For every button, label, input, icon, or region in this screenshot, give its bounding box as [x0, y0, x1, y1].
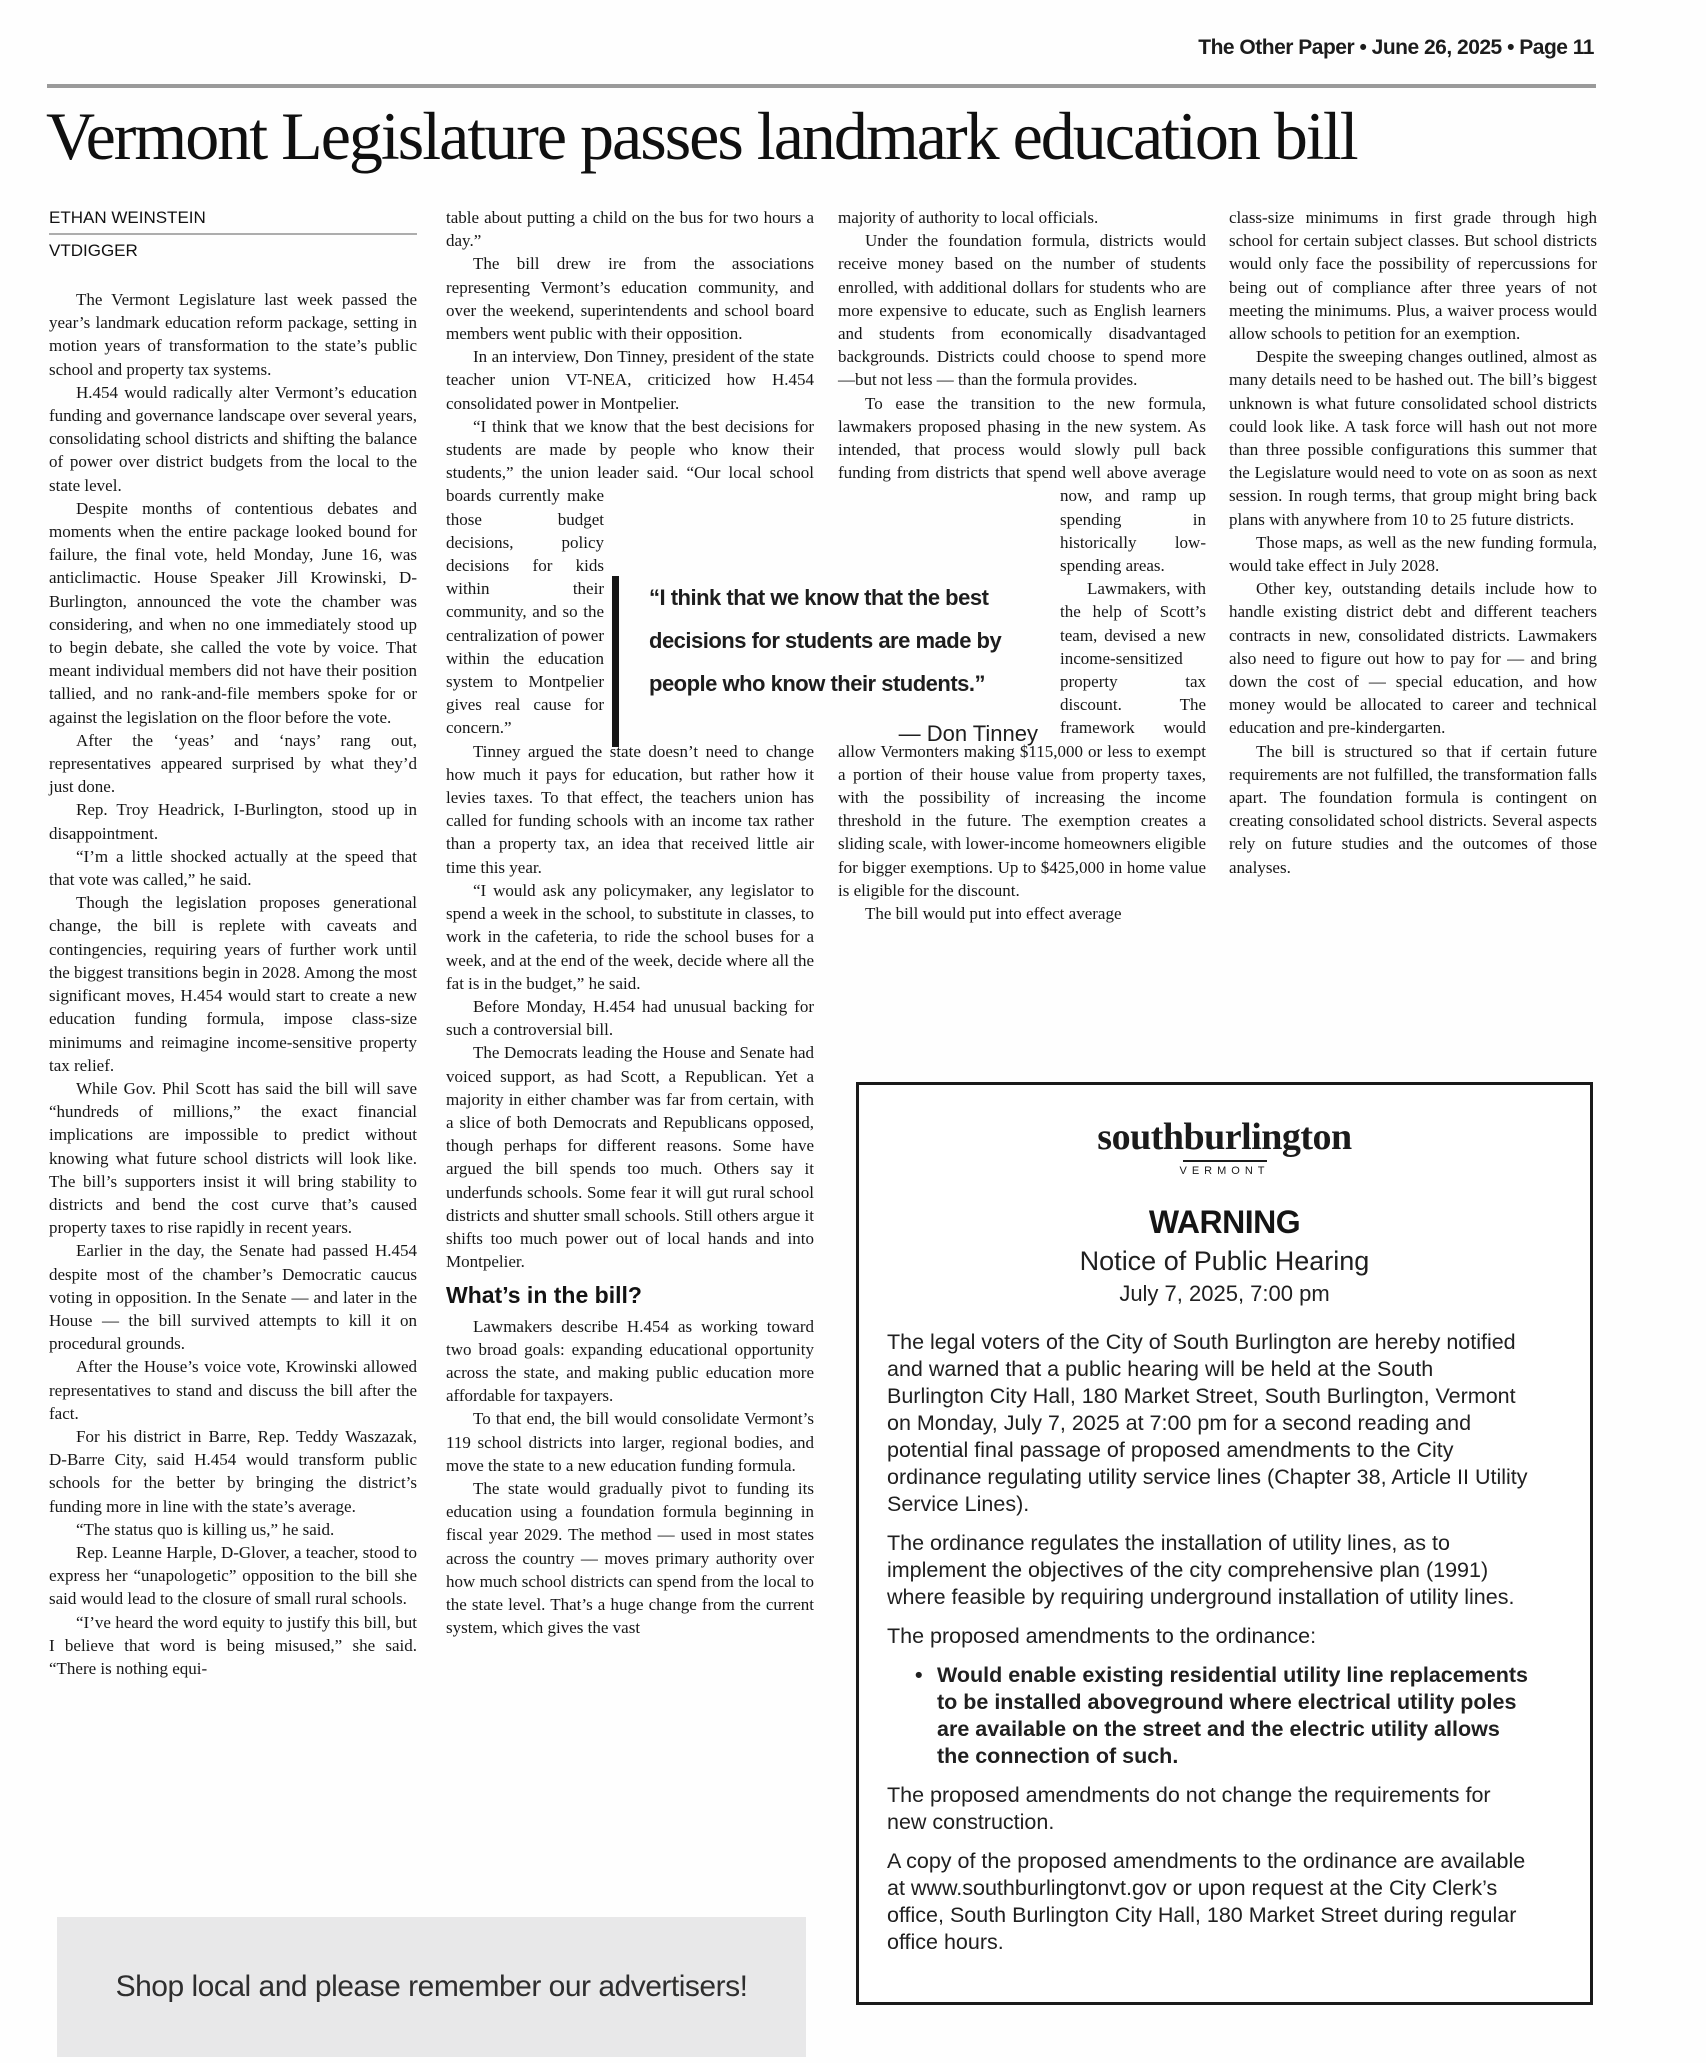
paragraph: To ease the transition to the new formul… — [838, 392, 1206, 578]
paragraph: Despite the sweeping changes outlined, a… — [1229, 345, 1597, 531]
paragraph: Those maps, as well as the new funding f… — [1229, 531, 1597, 577]
paragraph: The bill is structured so that if certai… — [1229, 740, 1597, 879]
paragraph: To that end, the bill would consolidate … — [446, 1407, 814, 1477]
paragraph: Despite months of contentious debates an… — [49, 497, 417, 729]
pull-quote: “I think that we know that the bestdecis… — [612, 576, 1048, 747]
paragraph: While Gov. Phil Scott has said the bill … — [49, 1077, 417, 1239]
paragraph: The bill drew ire from the associations … — [446, 252, 814, 345]
masthead: The Other Paper • June 26, 2025 • Page 1… — [1198, 36, 1594, 60]
paragraph: Tinney argued the state doesn’t need to … — [446, 740, 814, 879]
paragraph: table about putting a child on the bus f… — [446, 206, 814, 252]
pull-quote-line: “I think that we know that the best — [649, 576, 1048, 619]
paragraph: Rep. Troy Headrick, I-Burlington, stood … — [49, 798, 417, 844]
paragraph: “I’m a little shocked actually at the sp… — [49, 845, 417, 891]
paragraph: Would enable existing residential utilit… — [913, 1662, 1562, 1770]
paragraph: Though the legislation proposes generati… — [49, 891, 417, 1077]
paragraph: The proposed amendments do not change th… — [887, 1782, 1562, 1836]
article-column-3: majority of authority to local officials… — [838, 206, 1206, 925]
byline-source: VTDIGGER — [49, 241, 417, 261]
paragraph: In an interview, Don Tinney, president o… — [446, 345, 814, 415]
paragraph: The proposed amendments to the ordinance… — [887, 1623, 1562, 1650]
pull-quote-attribution: — Don Tinney — [649, 721, 1048, 747]
pull-quote-text: “I think that we know that the bestdecis… — [649, 576, 1048, 705]
newspaper-page: The Other Paper • June 26, 2025 • Page 1… — [0, 0, 1706, 2063]
article-column-1: The Vermont Legislature last week passed… — [49, 288, 417, 1680]
paragraph: Other key, outstanding details include h… — [1229, 577, 1597, 739]
article-column-2: table about putting a child on the bus f… — [446, 206, 814, 1639]
paragraph: Rep. Leanne Harple, D-Glover, a teacher,… — [49, 1541, 417, 1611]
paragraph: The Democrats leading the House and Sena… — [446, 1041, 814, 1273]
paragraph: A copy of the proposed amendments to the… — [887, 1848, 1562, 1956]
headline: Vermont Legislature passes landmark educ… — [46, 96, 1646, 176]
advertisers-banner-text: Shop local and please remember our adver… — [116, 1970, 748, 2004]
paragraph: After the House’s voice vote, Krowinski … — [49, 1355, 417, 1425]
notice-body: The legal voters of the City of South Bu… — [887, 1329, 1562, 1956]
paragraph: The ordinance regulates the installation… — [887, 1530, 1562, 1611]
pull-quote-line: people who know their students.” — [649, 662, 1048, 705]
paragraph: For his district in Barre, Rep. Teddy Wa… — [49, 1425, 417, 1518]
paragraph: The state would gradually pivot to fundi… — [446, 1477, 814, 1639]
section-subhead: What’s in the bill? — [446, 1284, 814, 1307]
pull-quote-line: decisions for students are made by — [649, 619, 1048, 662]
byline: ETHAN WEINSTEIN VTDIGGER — [49, 208, 417, 261]
paragraph: After the ‘yeas’ and ‘nays’ rang out, re… — [49, 729, 417, 799]
logo-rule — [1183, 1160, 1267, 1162]
article-column-4: class-size minimums in first grade throu… — [1229, 206, 1597, 879]
paragraph: The legal voters of the City of South Bu… — [887, 1329, 1562, 1518]
byline-author: ETHAN WEINSTEIN — [49, 208, 417, 228]
paragraph: H.454 would radically alter Vermont’s ed… — [49, 381, 417, 497]
warning-heading: WARNING — [887, 1205, 1562, 1239]
byline-rule — [49, 233, 417, 235]
public-hearing-notice-box: southburlington VERMONT WARNING Notice o… — [856, 1082, 1593, 2005]
logo-region-label: VERMONT — [887, 1165, 1562, 1177]
paragraph: The bill would put into effect average — [838, 902, 1206, 925]
paragraph: Under the foundation formula, districts … — [838, 229, 1206, 391]
paragraph: “The status quo is killing us,” he said. — [49, 1518, 417, 1541]
south-burlington-logo: southburlington VERMONT — [887, 1117, 1562, 1177]
hearing-datetime: July 7, 2025, 7:00 pm — [887, 1281, 1562, 1307]
header-rule — [47, 84, 1596, 88]
paragraph: The Vermont Legislature last week passed… — [49, 288, 417, 381]
logo-wordmark: southburlington — [887, 1117, 1562, 1157]
paragraph: Lawmakers describe H.454 as working towa… — [446, 1315, 814, 1408]
paragraph: “I’ve heard the word equity to justify t… — [49, 1611, 417, 1681]
paragraph: class-size minimums in first grade throu… — [1229, 206, 1597, 345]
paragraph: majority of authority to local officials… — [838, 206, 1206, 229]
paragraph: “I would ask any policymaker, any legisl… — [446, 879, 814, 995]
hearing-subheading: Notice of Public Hearing — [887, 1246, 1562, 1276]
advertisers-banner: Shop local and please remember our adver… — [57, 1917, 806, 2057]
paragraph: Earlier in the day, the Senate had passe… — [49, 1239, 417, 1355]
paragraph: Before Monday, H.454 had unusual backing… — [446, 995, 814, 1041]
